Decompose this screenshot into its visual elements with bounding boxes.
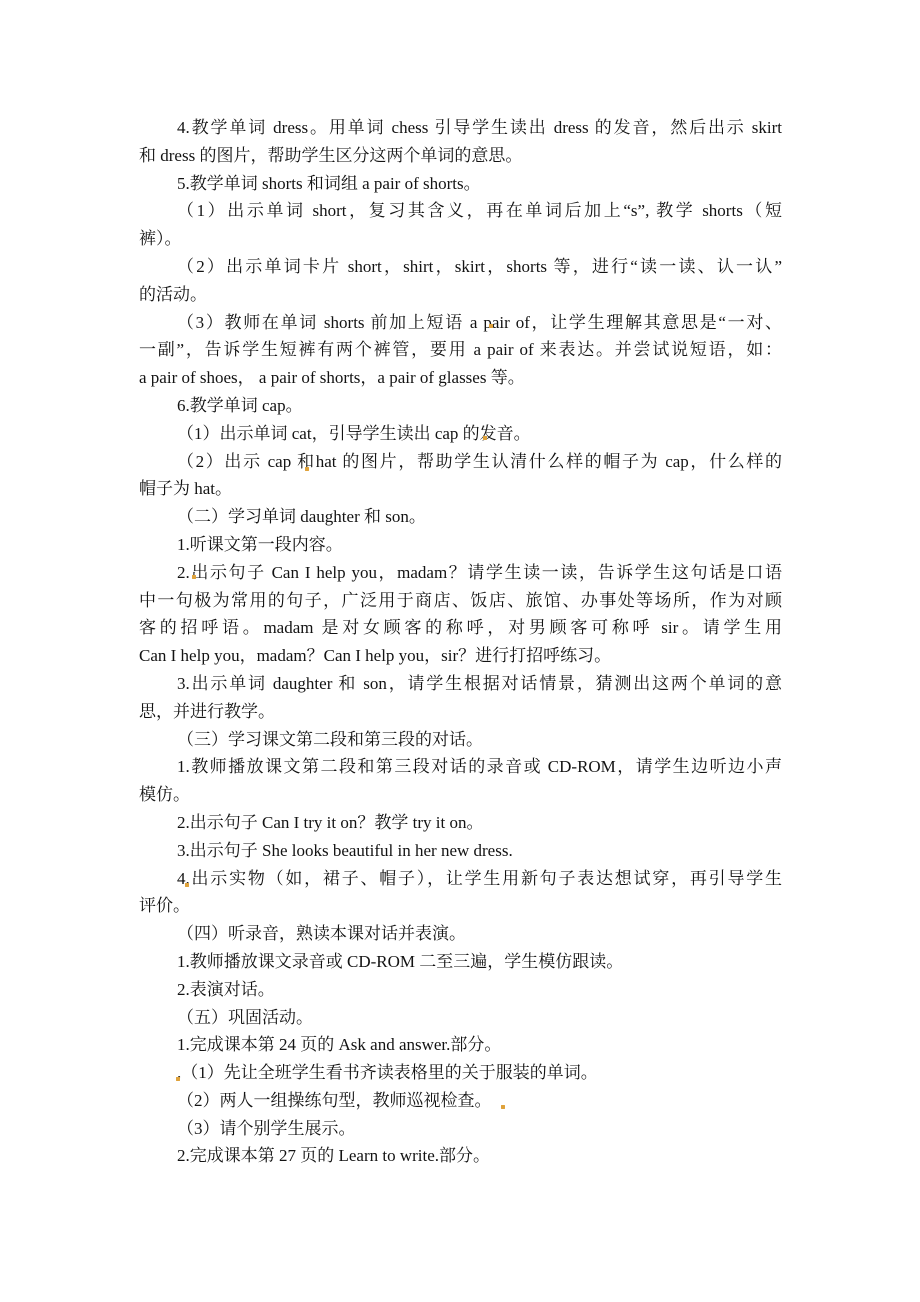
scan-speck-1 [489,324,493,328]
text-line-36: （2）两人一组操练句型，教师巡视检查。 [139,1087,782,1115]
text-line-33: （五）巩固活动。 [139,1004,782,1032]
text-line-20: Can I help you，madam？Can I help you，sir？… [139,642,782,670]
text-line-11: 6.教学单词 cap。 [139,392,782,420]
text-line-29: 评价。 [139,892,782,920]
document-page: 4.教学单词 dress。用单词 chess 引导学生读出 dress 的发音，… [0,0,920,1302]
text-line-10: a pair of shoes， a pair of shorts，a pair… [139,364,782,392]
text-line-13: （2）出示 cap 和hat 的图片，帮助学生认清什么样的帽子为 cap，什么样… [139,448,782,476]
text-line-1: 4.教学单词 dress。用单词 chess 引导学生读出 dress 的发音，… [139,114,782,142]
text-line-24: 1.教师播放课文第二段和第三段对话的录音或 CD-ROM，请学生边听边小声 [139,753,782,781]
text-line-27: 3.出示句子 She looks beautiful in her new dr… [139,837,782,865]
text-line-6: （2）出示单词卡片 short，shirt，skirt，shorts 等，进行“… [139,253,782,281]
text-line-26: 2.出示句子 Can I try it on？教学 try it on。 [139,809,782,837]
scan-speck-6 [176,1077,180,1081]
text-line-7: 的活动。 [139,281,782,309]
text-line-15: （二）学习单词 daughter 和 son。 [139,503,782,531]
text-line-38: 2.完成课本第 27 页的 Learn to write.部分。 [139,1142,782,1170]
text-line-21: 3.出示单词 daughter 和 son，请学生根据对话情景，猜测出这两个单词… [139,670,782,698]
scan-speck-2 [483,436,487,440]
scan-speck-4 [192,575,196,579]
text-line-14: 帽子为 hat。 [139,475,782,503]
text-line-23: （三）学习课文第二段和第三段的对话。 [139,726,782,754]
text-line-30: （四）听录音，熟读本课对话并表演。 [139,920,782,948]
text-line-28: 4.出示实物（如，裙子、帽子），让学生用新句子表达想试穿，再引导学生 [139,865,782,893]
text-line-16: 1.听课文第一段内容。 [139,531,782,559]
text-line-31: 1.教师播放课文录音或 CD-ROM 二至三遍，学生模仿跟读。 [139,948,782,976]
text-line-35: .（1）先让全班学生看书齐读表格里的关于服装的单词。 [139,1059,782,1087]
text-line-34: 1.完成课本第 24 页的 Ask and answer.部分。 [139,1031,782,1059]
text-line-9: 一副”，告诉学生短裤有两个裤管，要用 a pair of 来表达。并尝试说短语，… [139,336,782,364]
text-line-25: 模仿。 [139,781,782,809]
scan-speck-7 [501,1105,505,1109]
text-line-3: 5.教学单词 shorts 和词组 a pair of shorts。 [139,170,782,198]
text-line-12: （1）出示单词 cat，引导学生读出 cap 的发音。 [139,420,782,448]
document-text-block: 4.教学单词 dress。用单词 chess 引导学生读出 dress 的发音，… [139,114,782,1170]
scan-speck-3 [305,467,309,471]
text-line-37: （3）请个别学生展示。 [139,1115,782,1143]
text-line-5: 裤）。 [139,225,782,253]
text-line-4: （1）出示单词 short，复习其含义，再在单词后加上“s”, 教学 short… [139,197,782,225]
text-line-22: 思，并进行教学。 [139,698,782,726]
text-line-32: 2.表演对话。 [139,976,782,1004]
scan-speck-5 [185,883,189,887]
text-line-2: 和 dress 的图片，帮助学生区分这两个单词的意思。 [139,142,782,170]
text-line-8: （3）教师在单词 shorts 前加上短语 a pair of，让学生理解其意思… [139,309,782,337]
text-line-17: 2.出示句子 Can I help you，madam？请学生读一读，告诉学生这… [139,559,782,587]
text-line-18: 中一句极为常用的句子，广泛用于商店、饭店、旅馆、办事处等场所，作为对顾 [139,587,782,615]
text-line-19: 客的招呼语。madam 是对女顾客的称呼，对男顾客可称呼 sir。请学生用 [139,614,782,642]
